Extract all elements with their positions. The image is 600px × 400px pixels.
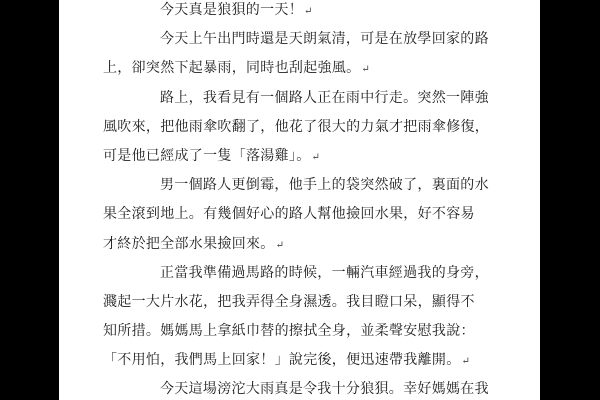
line-text: 濺起一大片水花，把我弄得全身濕透。我目瞪口呆，顯得不 xyxy=(103,295,475,310)
paragraph-mark-icon: ↵ xyxy=(462,356,470,367)
line-text: 風吹來，把他雨傘吹翻了，他花了很大的力氣才把雨傘修復， xyxy=(103,120,489,135)
line-text: 知所措。媽媽馬上拿紙巾替的擦拭全身，並柔聲安慰我說： xyxy=(103,324,475,339)
line-text: 路上，我看見有一個路人正在雨中行走。突然一陣強 xyxy=(160,91,489,106)
text-line: 風吹來，把他雨傘吹翻了，他花了很大的力氣才把雨傘修復， xyxy=(103,113,500,142)
text-line: 果全滾到地上。有幾個好心的路人幫他撿回水果，好不容易 xyxy=(103,200,500,229)
line-text: 男一個路人更倒霉，他手上的袋突然破了，裏面的水 xyxy=(160,178,489,193)
text-line: 今天上午出門時還是天朗氣清，可是在放學回家的路 xyxy=(103,25,500,54)
line-text: 今天上午出門時還是天朗氣清，可是在放學回家的路 xyxy=(160,32,489,47)
text-line: 男一個路人更倒霉，他手上的袋突然破了，裏面的水 xyxy=(103,171,500,200)
paragraph-mark-icon: ↵ xyxy=(312,152,320,163)
line-text: 今天這場滂沱大雨真是令我十分狼狽。幸好媽媽在我 xyxy=(160,382,489,397)
document-page: 今天真是狼狽的一天！↵今天上午出門時還是天朗氣清，可是在放學回家的路上，卻突然下… xyxy=(59,0,540,400)
text-line: 今天真是狼狽的一天！↵ xyxy=(103,0,500,25)
document-text: 今天真是狼狽的一天！↵今天上午出門時還是天朗氣清，可是在放學回家的路上，卻突然下… xyxy=(59,0,540,400)
line-text: 上，卻突然下起暴雨，同時也刮起強風。 xyxy=(103,61,360,76)
text-line: 濺起一大片水花，把我弄得全身濕透。我目瞪口呆，顯得不 xyxy=(103,288,500,317)
line-text: 果全滾到地上。有幾個好心的路人幫他撿回水果，好不容易 xyxy=(103,207,475,222)
viewer-background: 今天真是狼狽的一天！↵今天上午出門時還是天朗氣清，可是在放學回家的路上，卻突然下… xyxy=(0,0,600,400)
letterbox-right xyxy=(540,0,600,400)
text-line: 路上，我看見有一個路人正在雨中行走。突然一陣強 xyxy=(103,84,500,113)
letterbox-left xyxy=(0,0,59,400)
text-line: 正當我準備過馬路的時候，一輛汽車經過我的身旁， xyxy=(103,259,500,288)
paragraph-mark-icon: ↵ xyxy=(276,240,284,251)
line-text: 可是他已經成了一隻「落湯雞」。 xyxy=(103,149,311,164)
text-line: 上，卻突然下起暴雨，同時也刮起強風。↵ xyxy=(103,54,500,83)
text-line: 才終於把全部水果撿回來。↵ xyxy=(103,230,500,259)
text-line: 今天這場滂沱大雨真是令我十分狼狽。幸好媽媽在我 xyxy=(103,375,500,400)
text-line: 可是他已經成了一隻「落湯雞」。↵ xyxy=(103,142,500,171)
paragraph-mark-icon: ↵ xyxy=(361,64,369,75)
paragraph-mark-icon: ↵ xyxy=(304,6,312,17)
line-text: 正當我準備過馬路的時候，一輛汽車經過我的身旁， xyxy=(160,266,489,281)
text-line: 「不用怕，我們馬上回家！」說完後，便迅速帶我離開。↵ xyxy=(103,346,500,375)
line-text: 才終於把全部水果撿回來。 xyxy=(103,237,275,252)
line-text: 今天真是狼狽的一天！ xyxy=(160,3,303,18)
line-text: 「不用怕，我們馬上回家！」說完後，便迅速帶我離開。 xyxy=(103,353,461,368)
text-line: 知所措。媽媽馬上拿紙巾替的擦拭全身，並柔聲安慰我說： xyxy=(103,317,500,346)
